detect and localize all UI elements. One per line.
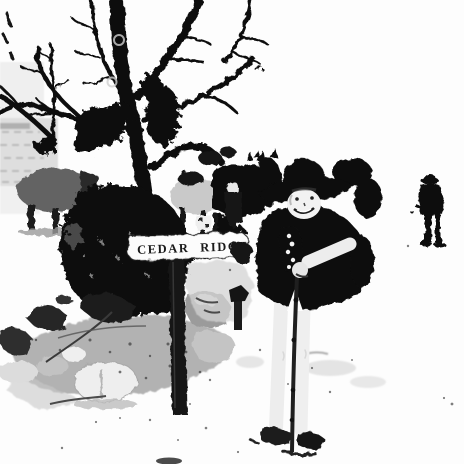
photo-cedar-ridge: CEDAR RIDGE [0, 0, 464, 464]
distant-leg-right [435, 214, 441, 243]
saddle [177, 171, 203, 185]
nose [304, 203, 305, 206]
distant-leg-left [425, 214, 431, 242]
distant-torso [418, 184, 444, 216]
pack-box [196, 215, 211, 230]
left-eye [295, 197, 299, 201]
sign-post [169, 256, 187, 414]
bush-gray-patch [66, 222, 82, 250]
right-eye [310, 196, 314, 200]
light-boulder [73, 362, 137, 409]
photo-canvas: CEDAR RIDGE [0, 0, 464, 464]
canyon-ledge [0, 123, 30, 129]
